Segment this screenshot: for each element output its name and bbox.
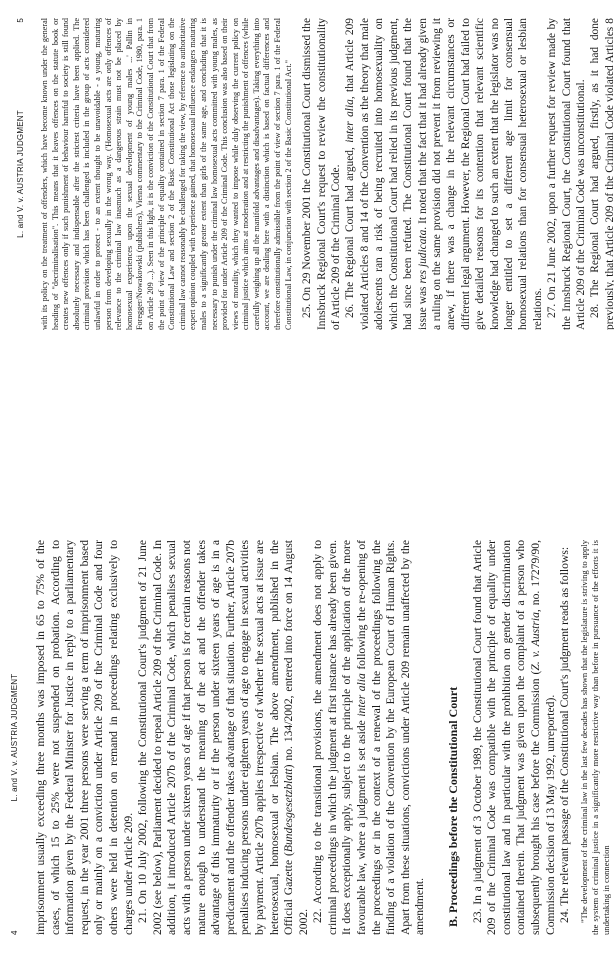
paragraph-number: 24. (558, 909, 571, 924)
paragraph-27: 27. On 21 June 2002, upon a further requ… (545, 18, 588, 330)
paragraph-text: On 29 November 2001 the Constitutional C… (301, 18, 342, 330)
running-head: L. and V. v. AUSTRIA JUDGMENT 5 (14, 18, 32, 330)
running-head-title: L. and V. v. AUSTRIA JUDGMENT (10, 540, 19, 935)
page-5: L. and V. v. AUSTRIA JUDGMENT 5 with its… (14, 18, 604, 330)
paragraph-text: The Regional Court had argued, (344, 143, 356, 300)
paragraph-28: 28. The Regional Court had argued, first… (588, 18, 614, 330)
paragraph-text: The Regional Court had argued, firstly, … (589, 18, 614, 330)
paragraph-number: 25. (301, 304, 313, 318)
paragraph-number: 22. (311, 909, 324, 924)
paragraph-number: 21. (136, 909, 149, 924)
paragraph-24: 24. The relevant passage of the Constitu… (558, 540, 573, 935)
quote-continuation: with its policy on the treatment of offe… (40, 18, 294, 330)
italic-term: inter alia (344, 99, 356, 143)
paragraph-23: 23. In a judgment of 3 October 1989, the… (471, 540, 559, 935)
paragraph-22: 22. According to the transitional provis… (311, 540, 428, 935)
italic-term: inter alia (355, 673, 368, 716)
paragraph-21: 21. On 10 July 2002, following the Const… (136, 540, 311, 935)
paragraph-continuation: imprisonment usually exceeding three mon… (34, 540, 136, 935)
paragraph-text: The relevant passage of the Constitution… (558, 547, 571, 906)
page-body: with its policy on the treatment of offe… (40, 18, 614, 330)
paragraph-text: On 10 July 2002, following the Constitut… (136, 540, 295, 935)
running-head: 4 L. and V. v. AUSTRIA JUDGMENT (8, 540, 26, 935)
quote-start: "The development of the criminal law in … (579, 540, 613, 935)
paragraph-number: 28. (589, 304, 601, 318)
page-body: imprisonment usually exceeding three mon… (34, 540, 612, 935)
paragraph-text: On 21 June 2002, upon a further request … (546, 18, 587, 330)
paragraph-number: 23. (471, 909, 484, 924)
paragraph-26: 26. The Regional Court had argued, inter… (343, 18, 545, 330)
italic-term: res judicata (417, 230, 429, 284)
paragraph-text: . It noted that the fact that it had alr… (417, 18, 544, 330)
paragraph-number: 27. (546, 304, 558, 318)
paragraph-number: 26. (344, 304, 356, 318)
paragraph-25: 25. On 29 November 2001 the Constitution… (300, 18, 343, 330)
italic-term: Z. v. Austria (529, 612, 542, 670)
page-number: 5 (16, 18, 25, 23)
section-heading: B. Proceedings before the Constitutional… (446, 540, 461, 927)
running-head-title: L. and V. v. AUSTRIA JUDGMENT (16, 18, 25, 330)
page-4: 4 L. and V. v. AUSTRIA JUDGMENT imprison… (8, 540, 614, 935)
italic-term: Bundesgesetzblatt (282, 768, 295, 852)
